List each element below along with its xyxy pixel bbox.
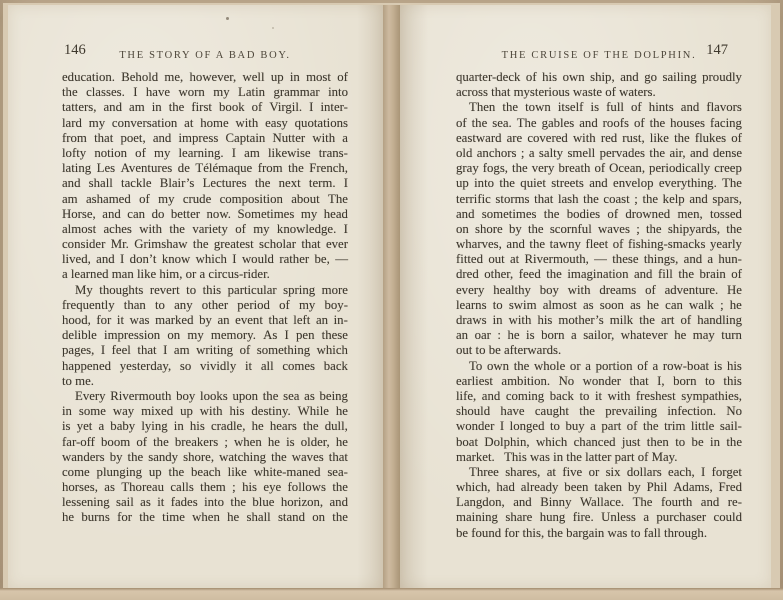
text-line: amashamedofmycrudecompositionaboutThe: [62, 192, 348, 207]
right-page-number: 147: [706, 42, 728, 59]
right-running-header: THE CRUISE OF THE DOLPHIN.: [502, 50, 697, 61]
text-line: fromthatpoet,andimpressCaptainNutterwith…: [62, 131, 348, 146]
text-line: happenedyesterday,sovividlyitallcomesbac…: [62, 359, 348, 374]
left-page-number: 146: [64, 42, 86, 59]
text-line: anoar:heisbornasailor,whateverhemayturn: [456, 328, 742, 343]
text-line: Toownthewholeoraportionofarow-boatishis: [456, 359, 742, 374]
text-line: Mythoughtsreverttothisparticularspringmo…: [62, 283, 348, 298]
text-line: andsometimesthebodiesofdrownedmen,tossed: [456, 207, 742, 222]
scan-speck: [226, 17, 229, 20]
text-line: mainingsharehungfire.Unlessapurchasercou…: [456, 510, 742, 525]
text-line: which,hadalreadybeentakenbyPhilAdams,Fre…: [456, 480, 742, 495]
text-line: shouldhavecaughttheprevailinginfection.N…: [456, 404, 742, 419]
text-line: Horse,andcandobetternow.Sometimesmyhead: [62, 207, 348, 222]
text-line: hood,foritwasmarkedbyaneventthatleftanin…: [62, 313, 348, 328]
left-page-header: 146 THE STORY OF A BAD BOY.: [62, 45, 348, 59]
text-line: learnstoswimalmostassoonashecanwalk;he: [456, 298, 742, 313]
text-line: dredother,feedtheimaginationandfillthebr…: [456, 267, 742, 282]
text-line: insomewaymixedupwithhisdestiny.Whilehe: [62, 404, 348, 419]
text-line: theclasses.IhavewornmyLatingrammarinto: [62, 85, 348, 100]
text-line: earliestambition.NowonderthatI,borntothi…: [456, 374, 742, 389]
book-gutter: [383, 5, 400, 588]
text-line: terrificstormsthatlashthecoast;thekelpan…: [456, 192, 742, 207]
text-line: onshorebythescornfulwaves;theshipyards,t…: [456, 222, 742, 237]
left-page-body: education.Beholdme,however,wellupinmosto…: [62, 70, 348, 526]
right-page: THE CRUISE OF THE DOLPHIN. 147 quarter-d…: [400, 5, 771, 588]
text-line: comeplungingupthebeachlikewhite-manedsea…: [62, 465, 348, 480]
text-line: latingLesAventuresdeTélémaquefromtheFren…: [62, 161, 348, 176]
text-line: EveryRivermouthboylooksupontheseaasbeing: [62, 389, 348, 404]
left-running-header: THE STORY OF A BAD BOY.: [119, 50, 290, 61]
text-line: pages,IfeelthatIamwritingofsomethingwhic…: [62, 343, 348, 358]
text-line: lived,andIdon’tknowwhichIwouldratherbe,—: [62, 252, 348, 267]
text-line: lesseningsailasitfadesintothebluehorizon…: [62, 495, 348, 510]
text-line: eastwardarecoveredwithredrust,liketheflu…: [456, 131, 742, 146]
text-line: quarter-deckofhisownship,andgosailingpro…: [456, 70, 742, 85]
text-line: fittedoutatRivermouth,—thesethings,andah…: [456, 252, 742, 267]
text-line: grayfogs,theverybreathofOcean,periodical…: [456, 161, 742, 176]
text-line: wharves,andthetawnyfleetoffishing-smacks…: [456, 237, 742, 252]
right-page-header: THE CRUISE OF THE DOLPHIN. 147: [456, 45, 742, 59]
text-line: considerMr.Grimshawthegreatestscholartha…: [62, 237, 348, 252]
scan-speck: [272, 27, 274, 29]
text-line: everyhealthyboywithdreamsofadventure.He: [456, 283, 742, 298]
right-page-body: quarter-deckofhisownship,andgosailingpro…: [456, 70, 742, 541]
text-line: horses,asThoreaucallsthem;hiseyefollowst…: [62, 480, 348, 495]
text-line: isyetababylyinginhiscradle,hehearsthedul…: [62, 419, 348, 434]
text-line: be found for this, the bargain was to fa…: [456, 526, 742, 541]
text-line: Threeshares,atfiveorsixdollarseach,Iforg…: [456, 465, 742, 480]
text-line: Thenthetownitselfisfullofhintsandflavors: [456, 100, 742, 115]
book-spread-scan: 146 THE STORY OF A BAD BOY. education.Be…: [0, 0, 783, 600]
text-line: far-offboomofthebreakers;whenheisolder,h…: [62, 435, 348, 450]
text-line: Langdon,andBinnyWallace.Thefourthandre-: [456, 495, 742, 510]
left-page: 146 THE STORY OF A BAD BOY. education.Be…: [8, 5, 383, 588]
right-page-column: THE CRUISE OF THE DOLPHIN. 147 quarter-d…: [456, 45, 742, 541]
text-line: upintothequietstreetsandenvelopeverythin…: [456, 176, 742, 191]
text-line: andshalltackleBlair’sLecturesthenextterm…: [62, 176, 348, 191]
text-line: education.Beholdme,however,wellupinmosto…: [62, 70, 348, 85]
text-line: a learned man like him, or a circus-ride…: [62, 267, 348, 282]
text-line: across that mysterious waste of waters.: [456, 85, 742, 100]
text-line: wonderIlongedtobuyapartofthetrimlittlesa…: [456, 419, 742, 434]
text-line: oldanchors;asaltysmellpervadestheair,and…: [456, 146, 742, 161]
text-line: tatters,andaminthefirstbookofVirgil.Iint…: [62, 100, 348, 115]
left-page-column: 146 THE STORY OF A BAD BOY. education.Be…: [62, 45, 348, 526]
text-line: out to be afterwards.: [456, 343, 742, 358]
text-line: lardmyconversationathomewitheasyquotatio…: [62, 116, 348, 131]
text-line: to me.: [62, 374, 348, 389]
text-line: market. This was in the latter part of M…: [456, 450, 742, 465]
text-line: delibleimpressiononmymemory.AsIpenthese: [62, 328, 348, 343]
text-line: life,andcomingbacktoitwithfreshestsympat…: [456, 389, 742, 404]
text-line: drawsinwithhismother’smilktheartofhandli…: [456, 313, 742, 328]
text-line: boatDolphin,whichchancedjustthentobeinth…: [456, 435, 742, 450]
text-line: heburnsforthetimewhenheshallstandonthe: [62, 510, 348, 525]
text-line: loftynotionofmylearning.Iamlikewisetrans…: [62, 146, 348, 161]
text-line: frequentlythantoanyotherperiodofmyboy-: [62, 298, 348, 313]
text-line: ofthesea.Thegablesandroofsofthehousesfac…: [456, 116, 742, 131]
book-bottom-edge: [0, 588, 783, 600]
text-line: wandersbythesandyshore,watchingthewavest…: [62, 450, 348, 465]
text-line: almostacheswiththevarietyofmyknowledge.I: [62, 222, 348, 237]
